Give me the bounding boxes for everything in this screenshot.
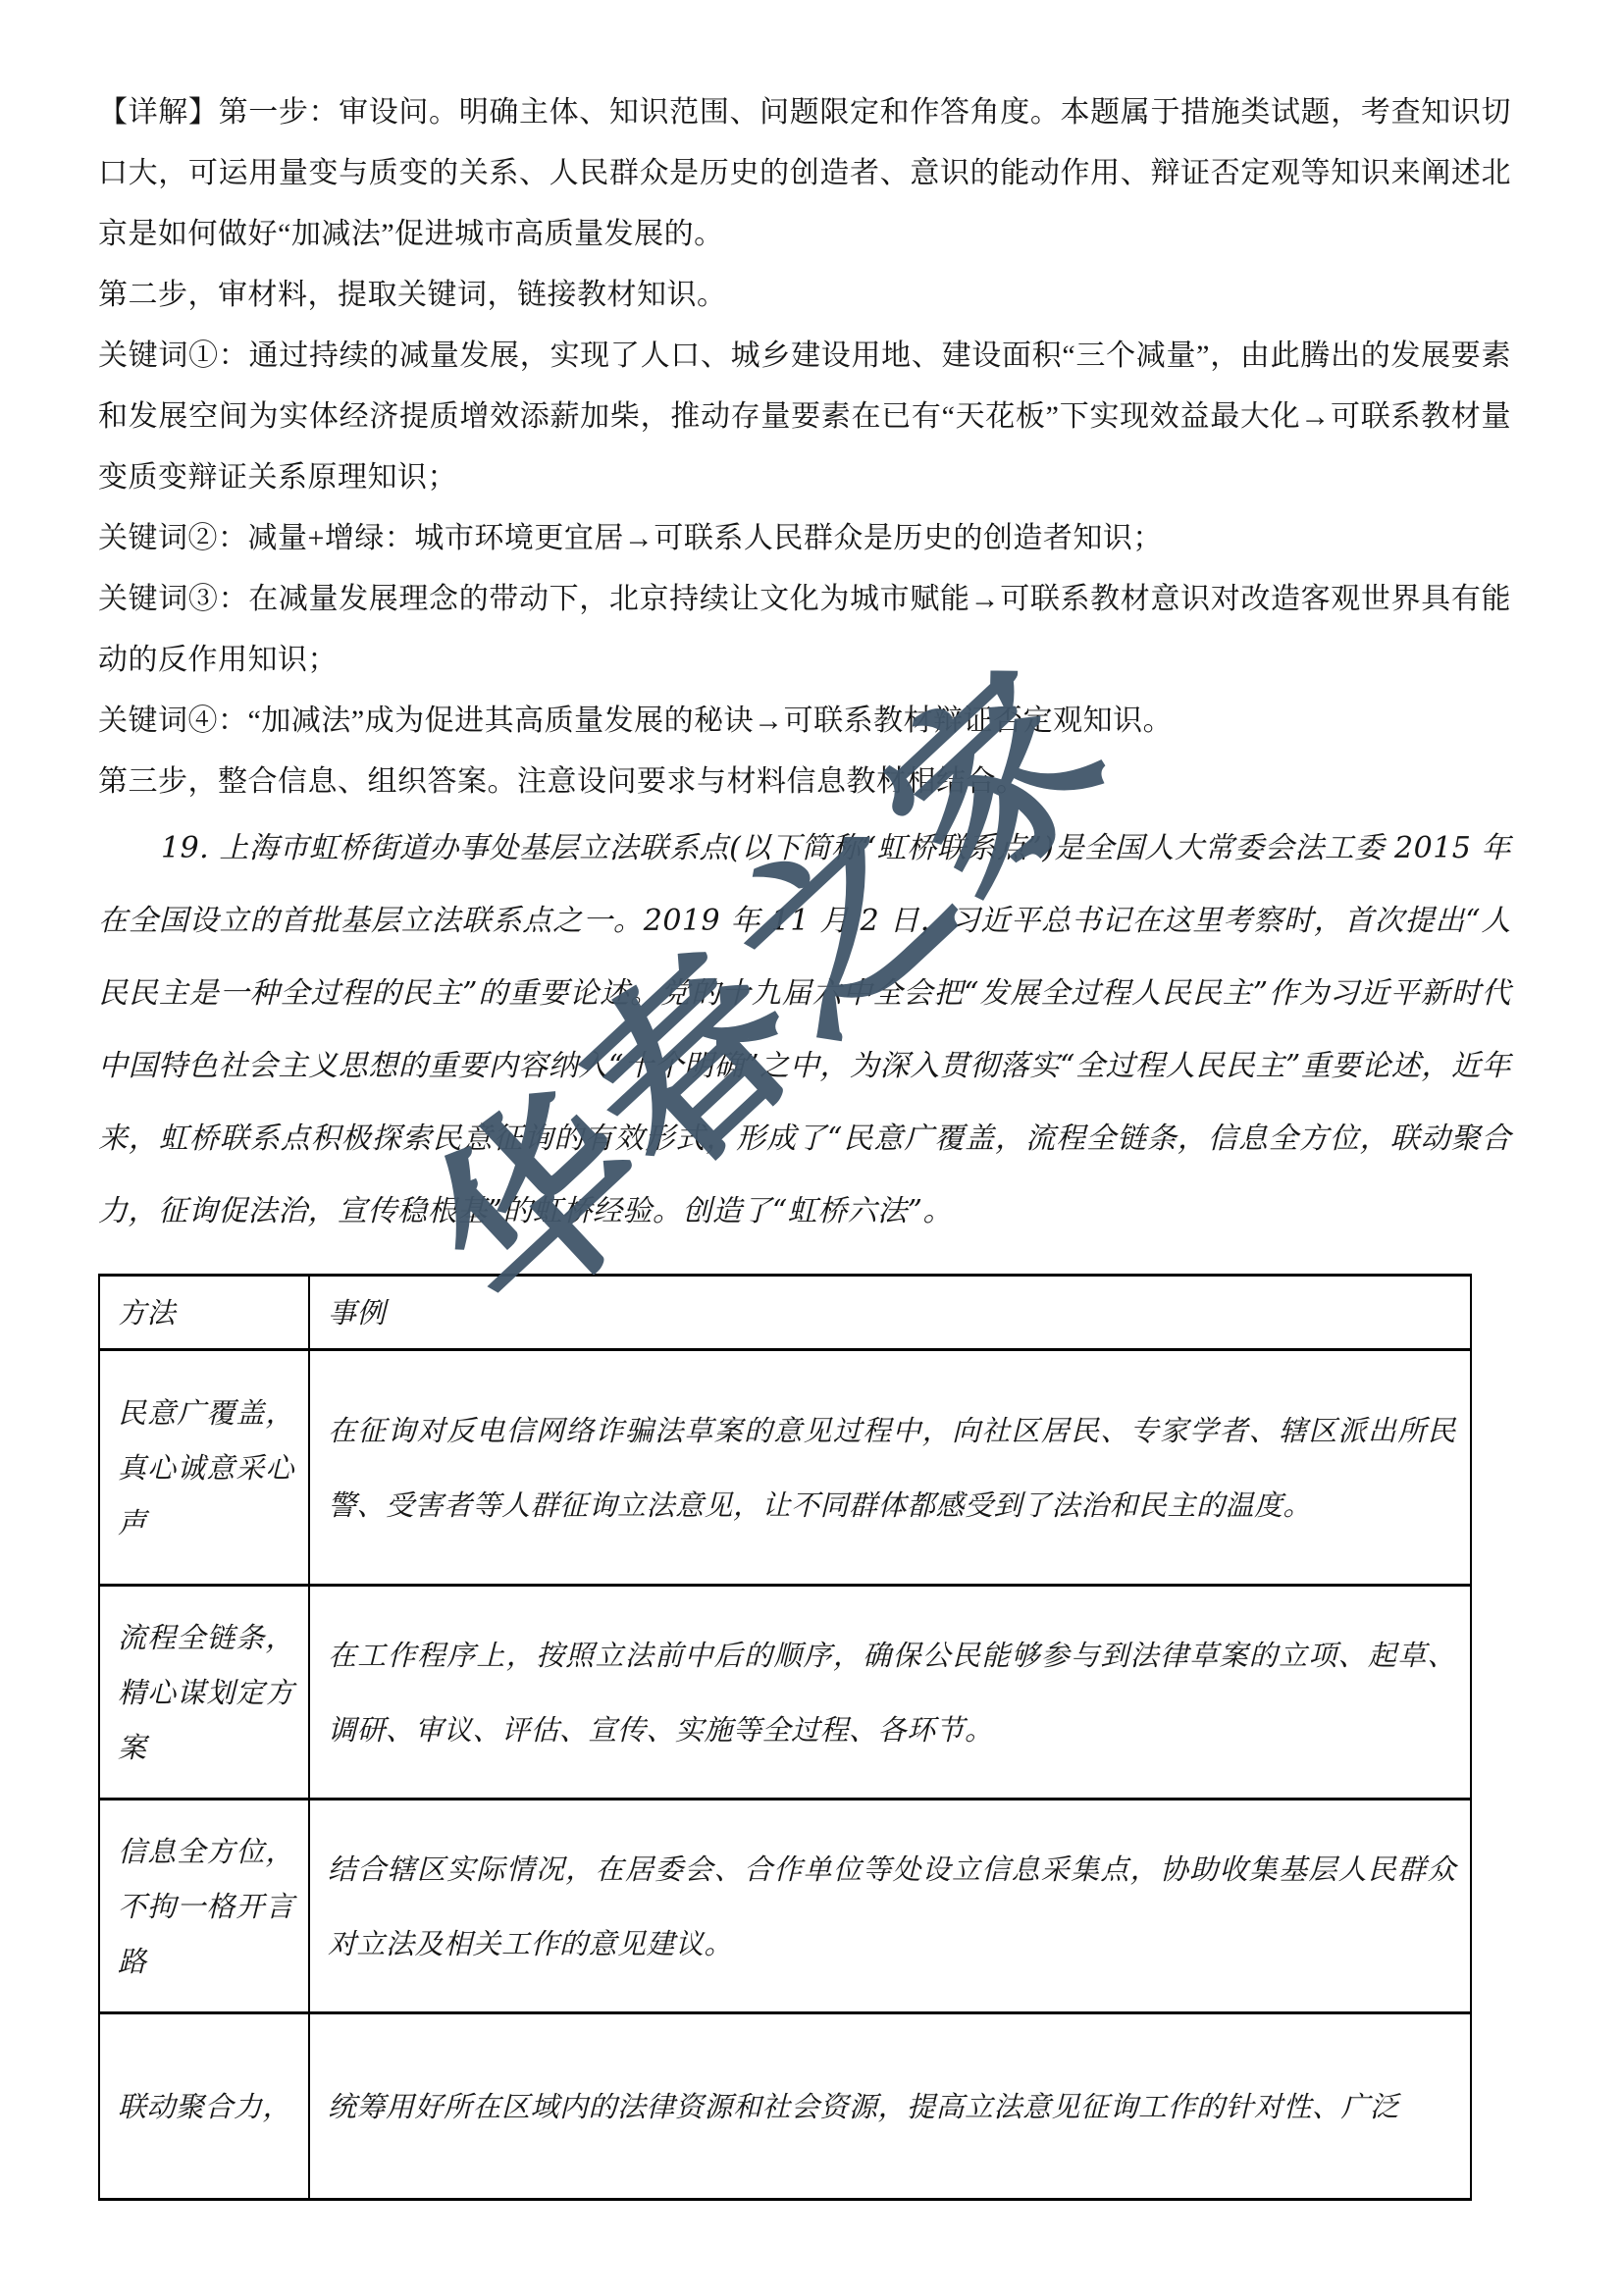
- detail-paragraph-step1: 【详解】第一步：审设问。明确主体、知识范围、问题限定和作答角度。本题属于措施类试…: [98, 82, 1511, 265]
- method-cell: 流程全链条，精心谋划定方案: [99, 1586, 309, 1800]
- table-row: 联动聚合力， 统筹用好所在区域内的法律资源和社会资源，提高立法意见征询工作的针对…: [99, 2013, 1471, 2200]
- detail-paragraph-keyword1: 关键词①：通过持续的减量发展，实现了人口、城乡建设用地、建设面积“三个减量”，由…: [98, 326, 1511, 508]
- method-cell: 信息全方位，不拘一格开言路: [99, 1800, 309, 2013]
- table-row: 信息全方位，不拘一格开言路 结合辖区实际情况，在居委会、合作单位等处设立信息采集…: [99, 1800, 1471, 2013]
- detail-paragraph-keyword4: 关键词④：“加减法”成为促进其高质量发展的秘诀→可联系教材辩证否定观知识。: [98, 691, 1511, 752]
- page-content: 【详解】第一步：审设问。明确主体、知识范围、问题限定和作答角度。本题属于措施类试…: [98, 82, 1511, 2201]
- detail-paragraph-step2: 第二步，审材料，提取关键词，链接教材知识。: [98, 265, 1511, 326]
- table-row: 民意广覆盖，真心诚意采心声 在征询对反电信网络诈骗法草案的意见过程中，向社区居民…: [99, 1350, 1471, 1586]
- table-header-method: 方法: [99, 1276, 309, 1350]
- document-page: 华春之家 【详解】第一步：审设问。明确主体、知识范围、问题限定和作答角度。本题属…: [0, 0, 1623, 2296]
- detail-paragraph-keyword2: 关键词②：减量+增绿：城市环境更宜居→可联系人民群众是历史的创造者知识；: [98, 508, 1511, 569]
- method-cell: 民意广覆盖，真心诚意采心声: [99, 1350, 309, 1586]
- detail-paragraph-keyword3: 关键词③：在减量发展理念的带动下，北京持续让文化为城市赋能→可联系教材意识对改造…: [98, 569, 1511, 691]
- example-cell: 结合辖区实际情况，在居委会、合作单位等处设立信息采集点，协助收集基层人民群众对立…: [309, 1800, 1471, 2013]
- example-cell: 在征询对反电信网络诈骗法草案的意见过程中，向社区居民、专家学者、辖区派出所民警、…: [309, 1350, 1471, 1586]
- example-cell: 在工作程序上，按照立法前中后的顺序，确保公民能够参与到法律草案的立项、起草、调研…: [309, 1586, 1471, 1800]
- table-header-row: 方法 事例: [99, 1276, 1471, 1350]
- hongqiao-methods-table: 方法 事例 民意广覆盖，真心诚意采心声 在征询对反电信网络诈骗法草案的意见过程中…: [98, 1274, 1472, 2201]
- table-row: 流程全链条，精心谋划定方案 在工作程序上，按照立法前中后的顺序，确保公民能够参与…: [99, 1586, 1471, 1800]
- detail-paragraph-step3: 第三步，整合信息、组织答案。注意设问要求与材料信息教材相结合。: [98, 752, 1511, 812]
- table-header-example: 事例: [309, 1276, 1471, 1350]
- question-19-text: 19. 上海市虹桥街道办事处基层立法联系点(以下简称“虹桥联系点”)是全国人大常…: [98, 812, 1511, 1248]
- example-cell: 统筹用好所在区域内的法律资源和社会资源，提高立法意见征询工作的针对性、广泛: [309, 2013, 1471, 2200]
- method-cell: 联动聚合力，: [99, 2013, 309, 2200]
